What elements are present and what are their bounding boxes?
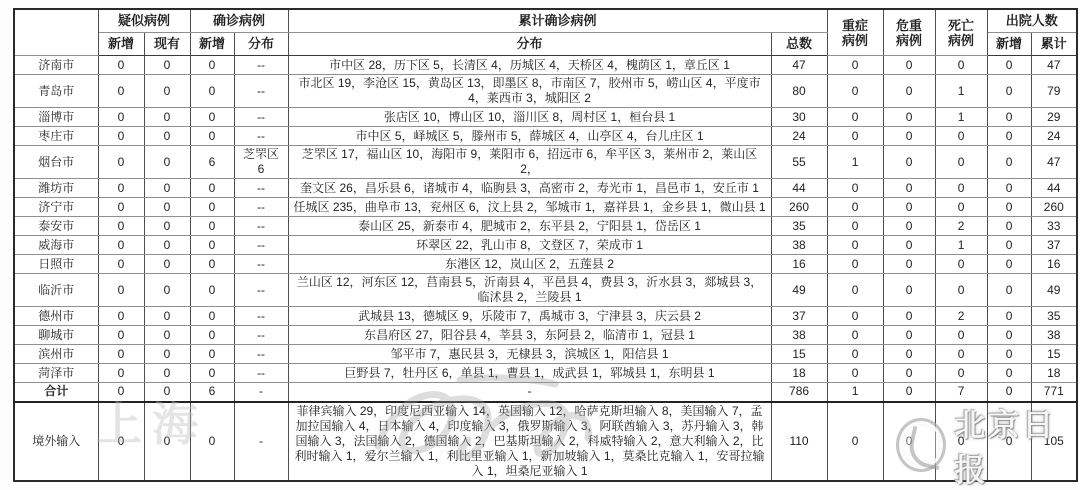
cell-critical: 0: [883, 217, 935, 236]
cell-city: 聊城市: [14, 326, 98, 345]
cell-d_new: 0: [987, 108, 1031, 127]
cell-s_new: 0: [98, 274, 144, 307]
cell-s_new: 0: [98, 179, 144, 198]
cell-d_new: 0: [987, 56, 1031, 75]
cell-c_dist: --: [234, 255, 288, 274]
cell-s_new: 0: [98, 146, 144, 179]
cell-c_dist: --: [234, 307, 288, 326]
header-discharged-sub1: 累计: [1031, 33, 1077, 56]
cell-severe: 0: [827, 127, 883, 146]
cell-d_new: 0: [987, 236, 1031, 255]
cell-c_new: 0: [190, 326, 234, 345]
cell-critical: 0: [883, 198, 935, 217]
cell-s_new: 0: [98, 307, 144, 326]
cell-c_new: 6: [190, 383, 234, 402]
cell-severe: 0: [827, 364, 883, 383]
cell-c_dist: --: [234, 345, 288, 364]
header-discharged: 出院人数: [987, 9, 1077, 33]
cell-d_new: 0: [987, 75, 1031, 108]
table-row: 德州市000--武城县 13，德城区 9，乐陵市 7，禹城市 3，宁津县 3，庆…: [14, 307, 1077, 326]
cell-severe: 0: [827, 56, 883, 75]
cell-deaths: 0: [935, 179, 987, 198]
cell-total: 38: [771, 236, 827, 255]
cell-s_new: 0: [98, 56, 144, 75]
table-row: 淄博市000--张店区 10，博山区 10，淄川区 8，周村区 1，桓台县 13…: [14, 108, 1077, 127]
page: 疑似病例确诊病例累计确诊病例重症 病例危重 病例死亡 病例出院人数新增现有新增分…: [0, 0, 1080, 490]
cell-total: 49: [771, 274, 827, 307]
header-cumulative: 累计确诊病例: [288, 9, 827, 33]
cell-c_new: 0: [190, 56, 234, 75]
cell-c_dist: --: [234, 127, 288, 146]
cell-c_dist: --: [234, 198, 288, 217]
cell-d_total: 24: [1031, 127, 1077, 146]
cell-c_new: 6: [190, 146, 234, 179]
cell-d_new: 0: [987, 198, 1031, 217]
cell-s_new: 0: [98, 217, 144, 236]
cell-critical: 0: [883, 383, 935, 402]
cell-city: 境外输入: [14, 402, 98, 481]
cell-total: 786: [771, 383, 827, 402]
cell-total: 47: [771, 56, 827, 75]
cell-critical: 0: [883, 236, 935, 255]
cell-c_dist: --: [234, 364, 288, 383]
cell-city: 临沂市: [14, 274, 98, 307]
cell-c_dist: --: [234, 274, 288, 307]
cell-city: 泰安市: [14, 217, 98, 236]
cell-critical: 0: [883, 75, 935, 108]
cell-d_new: 0: [987, 179, 1031, 198]
cell-s_new: 0: [98, 108, 144, 127]
cell-dist: 市中区 5，峄城区 5，滕州市 5，薛城区 4，山亭区 4，台儿庄区 1: [288, 127, 771, 146]
cell-city: 潍坊市: [14, 179, 98, 198]
header-confirmed: 确诊病例: [190, 9, 288, 33]
cell-c_new: 0: [190, 236, 234, 255]
cell-s_cur: 0: [144, 236, 190, 255]
cell-c_dist: --: [234, 179, 288, 198]
cell-c_dist: --: [234, 326, 288, 345]
table-row: 泰安市000--泰山区 25，新泰市 4，肥城市 2，东平县 2，宁阳县 1，岱…: [14, 217, 1077, 236]
cell-d_new: 0: [987, 345, 1031, 364]
cell-deaths: 0: [935, 198, 987, 217]
cell-c_dist: -: [234, 402, 288, 481]
cell-city: 日照市: [14, 255, 98, 274]
cell-total: 16: [771, 255, 827, 274]
cell-dist: 菲律宾输入 29，印度尼西亚输入 14，英国输入 12，哈萨克斯坦输入 8，美国…: [288, 402, 771, 481]
cell-total: 110: [771, 402, 827, 481]
cell-critical: 0: [883, 179, 935, 198]
cell-total: 260: [771, 198, 827, 217]
cell-city: 枣庄市: [14, 127, 98, 146]
header-critical: 危重 病例: [883, 9, 935, 56]
cell-s_cur: 0: [144, 307, 190, 326]
cell-severe: 0: [827, 402, 883, 481]
cell-s_cur: 0: [144, 274, 190, 307]
cell-deaths: 0: [935, 146, 987, 179]
cell-deaths: 1: [935, 108, 987, 127]
cell-d_new: 0: [987, 364, 1031, 383]
cell-c_dist: --: [234, 236, 288, 255]
cell-c_new: 0: [190, 179, 234, 198]
cell-deaths: 2: [935, 217, 987, 236]
cell-d_total: 44: [1031, 179, 1077, 198]
cell-severe: 0: [827, 307, 883, 326]
cell-s_cur: 0: [144, 108, 190, 127]
cell-c_new: 0: [190, 307, 234, 326]
cell-dist: 泰山区 25，新泰市 4，肥城市 2，东平县 2，宁阳县 1，岱岳区 1: [288, 217, 771, 236]
cell-c_dist: --: [234, 108, 288, 127]
table-row: 滨州市000--邹平市 7，惠民县 3，无棣县 3，滨城区 1，阳信县 1150…: [14, 345, 1077, 364]
header-suspected-sub0: 新增: [98, 33, 144, 56]
cell-s_new: 0: [98, 255, 144, 274]
table-row: 聊城市000--东昌府区 27，阳谷县 4，莘县 3，东阿县 2，临清市 1，冠…: [14, 326, 1077, 345]
cell-d_total: 49: [1031, 274, 1077, 307]
cell-critical: 0: [883, 402, 935, 481]
header-suspected-sub1: 现有: [144, 33, 190, 56]
cell-d_total: 35: [1031, 307, 1077, 326]
cell-d_total: 29: [1031, 108, 1077, 127]
cell-total: 18: [771, 364, 827, 383]
cell-critical: 0: [883, 345, 935, 364]
cell-d_new: 0: [987, 146, 1031, 179]
header-corner: [14, 9, 98, 56]
cell-c_new: 0: [190, 108, 234, 127]
cell-s_cur: 0: [144, 198, 190, 217]
cell-dist: 邹平市 7，惠民县 3，无棣县 3，滨城区 1，阳信县 1: [288, 345, 771, 364]
table-row: 临沂市000--兰山区 12，河东区 12，莒南县 5，沂南县 4，平邑县 4，…: [14, 274, 1077, 307]
cell-city: 威海市: [14, 236, 98, 255]
total-row: 合计006--7861070771: [14, 383, 1077, 402]
cell-dist: 东昌府区 27，阳谷县 4，莘县 3，东阿县 2，临清市 1，冠县 1: [288, 326, 771, 345]
cell-s_cur: 0: [144, 75, 190, 108]
header-deaths: 死亡 病例: [935, 9, 987, 56]
cell-dist: 兰山区 12，河东区 12，莒南县 5，沂南县 4，平邑县 4，费县 3，沂水县…: [288, 274, 771, 307]
cell-critical: 0: [883, 127, 935, 146]
cell-city: 济宁市: [14, 198, 98, 217]
header-cumulative-sub1: 总数: [771, 33, 827, 56]
cell-city: 烟台市: [14, 146, 98, 179]
cell-d_new: 0: [987, 402, 1031, 481]
cell-c_new: 0: [190, 345, 234, 364]
cell-city: 菏泽市: [14, 364, 98, 383]
table-row: 济南市000--市中区 28，历下区 5，长清区 4，历城区 4，天桥区 4，槐…: [14, 56, 1077, 75]
cell-dist: 张店区 10，博山区 10，淄川区 8，周村区 1，桓台县 1: [288, 108, 771, 127]
cell-d_new: 0: [987, 127, 1031, 146]
cell-d_total: 260: [1031, 198, 1077, 217]
cell-deaths: 7: [935, 383, 987, 402]
cell-severe: 0: [827, 326, 883, 345]
cell-deaths: 1: [935, 236, 987, 255]
header-confirmed-sub0: 新增: [190, 33, 234, 56]
cell-d_total: 47: [1031, 146, 1077, 179]
cell-c_new: 0: [190, 255, 234, 274]
cell-c_new: 0: [190, 402, 234, 481]
cell-s_new: 0: [98, 127, 144, 146]
cell-s_new: 0: [98, 326, 144, 345]
cell-critical: 0: [883, 108, 935, 127]
cell-c_dist: -: [234, 383, 288, 402]
header-confirmed-sub1: 分布: [234, 33, 288, 56]
table-row: 日照市000--东港区 12，岚山区 2，五莲县 216000016: [14, 255, 1077, 274]
cell-critical: 0: [883, 364, 935, 383]
cell-s_cur: 0: [144, 146, 190, 179]
cell-deaths: 0: [935, 255, 987, 274]
cell-city: 青岛市: [14, 75, 98, 108]
cell-severe: 0: [827, 198, 883, 217]
cell-d_new: 0: [987, 274, 1031, 307]
cell-deaths: 1: [935, 75, 987, 108]
cell-c_dist: --: [234, 56, 288, 75]
cell-s_cur: 0: [144, 402, 190, 481]
cell-dist: 东港区 12，岚山区 2，五莲县 2: [288, 255, 771, 274]
cell-city: 德州市: [14, 307, 98, 326]
cell-critical: 0: [883, 307, 935, 326]
cell-total: 30: [771, 108, 827, 127]
cell-dist: 任城区 235，曲阜市 13，兖州区 6，汶上县 2，邹城市 1，嘉祥县 1，金…: [288, 198, 771, 217]
cell-s_new: 0: [98, 198, 144, 217]
cell-c_new: 0: [190, 274, 234, 307]
table-row: 青岛市000--市北区 19，李沧区 15，黄岛区 13，即墨区 8，市南区 7…: [14, 75, 1077, 108]
cell-d_total: 33: [1031, 217, 1077, 236]
cell-deaths: 0: [935, 364, 987, 383]
cell-dist: 市中区 28，历下区 5，长清区 4，历城区 4，天桥区 4，槐荫区 1，章丘区…: [288, 56, 771, 75]
table-row: 枣庄市000--市中区 5，峄城区 5，滕州市 5，薛城区 4，山亭区 4，台儿…: [14, 127, 1077, 146]
cell-total: 15: [771, 345, 827, 364]
cell-dist: -: [288, 383, 771, 402]
cell-critical: 0: [883, 255, 935, 274]
import-row: 境外输入000-菲律宾输入 29，印度尼西亚输入 14，英国输入 12，哈萨克斯…: [14, 402, 1077, 481]
header-discharged-sub0: 新增: [987, 33, 1031, 56]
table-row: 济宁市000--任城区 235，曲阜市 13，兖州区 6，汶上县 2，邹城市 1…: [14, 198, 1077, 217]
cell-dist: 巨野县 7，牡丹区 6，单县 1，曹县 1，成武县 1，郓城县 1，东明县 1: [288, 364, 771, 383]
cell-severe: 0: [827, 236, 883, 255]
cell-s_cur: 0: [144, 326, 190, 345]
cell-s_cur: 0: [144, 345, 190, 364]
cell-s_new: 0: [98, 236, 144, 255]
cell-total: 37: [771, 307, 827, 326]
cell-c_new: 0: [190, 217, 234, 236]
cell-s_cur: 0: [144, 364, 190, 383]
cell-critical: 0: [883, 146, 935, 179]
cell-severe: 0: [827, 75, 883, 108]
cell-city: 济南市: [14, 56, 98, 75]
cell-d_total: 37: [1031, 236, 1077, 255]
cell-total: 35: [771, 217, 827, 236]
cell-severe: 1: [827, 383, 883, 402]
cell-critical: 0: [883, 326, 935, 345]
cell-c_new: 0: [190, 364, 234, 383]
cell-deaths: 0: [935, 402, 987, 481]
cell-total: 80: [771, 75, 827, 108]
cell-s_new: 0: [98, 75, 144, 108]
table-row: 威海市000--环翠区 22，乳山市 8，文登区 7，荣成市 138001037: [14, 236, 1077, 255]
cell-s_cur: 0: [144, 179, 190, 198]
cell-s_cur: 0: [144, 127, 190, 146]
cell-d_total: 105: [1031, 402, 1077, 481]
cell-total: 44: [771, 179, 827, 198]
cell-s_cur: 0: [144, 255, 190, 274]
table-row: 菏泽市000--巨野县 7，牡丹区 6，单县 1，曹县 1，成武县 1，郓城县 …: [14, 364, 1077, 383]
cell-total: 55: [771, 146, 827, 179]
cell-severe: 0: [827, 108, 883, 127]
header-suspected: 疑似病例: [98, 9, 190, 33]
cell-c_dist: --: [234, 217, 288, 236]
cell-s_cur: 0: [144, 383, 190, 402]
cell-d_new: 0: [987, 307, 1031, 326]
cell-total: 38: [771, 326, 827, 345]
cell-critical: 0: [883, 274, 935, 307]
cell-d_total: 47: [1031, 56, 1077, 75]
cell-dist: 武城县 13，德城区 9，乐陵市 7，禹城市 3，宁津县 3，庆云县 2: [288, 307, 771, 326]
cell-severe: 0: [827, 274, 883, 307]
cell-c_new: 0: [190, 127, 234, 146]
cell-total: 24: [771, 127, 827, 146]
cell-s_new: 0: [98, 402, 144, 481]
cell-dist: 芝罘区 17，福山区 10，海阳市 9，莱阳市 6，招远市 6，牟平区 3，莱州…: [288, 146, 771, 179]
cell-dist: 市北区 19，李沧区 15，黄岛区 13，即墨区 8，市南区 7，胶州市 5，崂…: [288, 75, 771, 108]
cell-dist: 奎文区 26，昌乐县 6，诸城市 4，临朐县 3，高密市 2，寿光市 1，昌邑市…: [288, 179, 771, 198]
table-row: 潍坊市000--奎文区 26，昌乐县 6，诸城市 4，临朐县 3，高密市 2，寿…: [14, 179, 1077, 198]
header-severe: 重症 病例: [827, 9, 883, 56]
cell-d_new: 0: [987, 217, 1031, 236]
table-body: 济南市000--市中区 28，历下区 5，长清区 4，历城区 4，天桥区 4，槐…: [14, 56, 1077, 481]
cell-deaths: 0: [935, 274, 987, 307]
cell-critical: 0: [883, 56, 935, 75]
cell-d_new: 0: [987, 326, 1031, 345]
cell-deaths: 0: [935, 127, 987, 146]
cell-severe: 0: [827, 345, 883, 364]
cell-deaths: 0: [935, 56, 987, 75]
cell-severe: 0: [827, 255, 883, 274]
cell-c_dist: 芝罘区 6: [234, 146, 288, 179]
cell-deaths: 2: [935, 307, 987, 326]
cell-d_total: 771: [1031, 383, 1077, 402]
cell-d_total: 16: [1031, 255, 1077, 274]
cell-s_new: 0: [98, 383, 144, 402]
cell-severe: 0: [827, 179, 883, 198]
cell-d_new: 0: [987, 383, 1031, 402]
table-row: 烟台市006芝罘区 6芝罘区 17，福山区 10，海阳市 9，莱阳市 6，招远市…: [14, 146, 1077, 179]
cell-d_total: 38: [1031, 326, 1077, 345]
cell-severe: 1: [827, 146, 883, 179]
cell-d_total: 18: [1031, 364, 1077, 383]
cell-city: 滨州市: [14, 345, 98, 364]
table-header: 疑似病例确诊病例累计确诊病例重症 病例危重 病例死亡 病例出院人数新增现有新增分…: [14, 9, 1077, 56]
cell-s_cur: 0: [144, 56, 190, 75]
epidemic-table: 疑似病例确诊病例累计确诊病例重症 病例危重 病例死亡 病例出院人数新增现有新增分…: [13, 8, 1078, 482]
header-cumulative-sub0: 分布: [288, 33, 771, 56]
cell-d_total: 79: [1031, 75, 1077, 108]
cell-city: 合计: [14, 383, 98, 402]
cell-s_new: 0: [98, 364, 144, 383]
cell-deaths: 0: [935, 326, 987, 345]
cell-severe: 0: [827, 217, 883, 236]
cell-c_new: 0: [190, 198, 234, 217]
cell-deaths: 0: [935, 345, 987, 364]
cell-c_new: 0: [190, 75, 234, 108]
cell-city: 淄博市: [14, 108, 98, 127]
cell-d_new: 0: [987, 255, 1031, 274]
cell-dist: 环翠区 22，乳山市 8，文登区 7，荣成市 1: [288, 236, 771, 255]
cell-c_dist: --: [234, 75, 288, 108]
cell-d_total: 15: [1031, 345, 1077, 364]
cell-s_new: 0: [98, 345, 144, 364]
cell-s_cur: 0: [144, 217, 190, 236]
